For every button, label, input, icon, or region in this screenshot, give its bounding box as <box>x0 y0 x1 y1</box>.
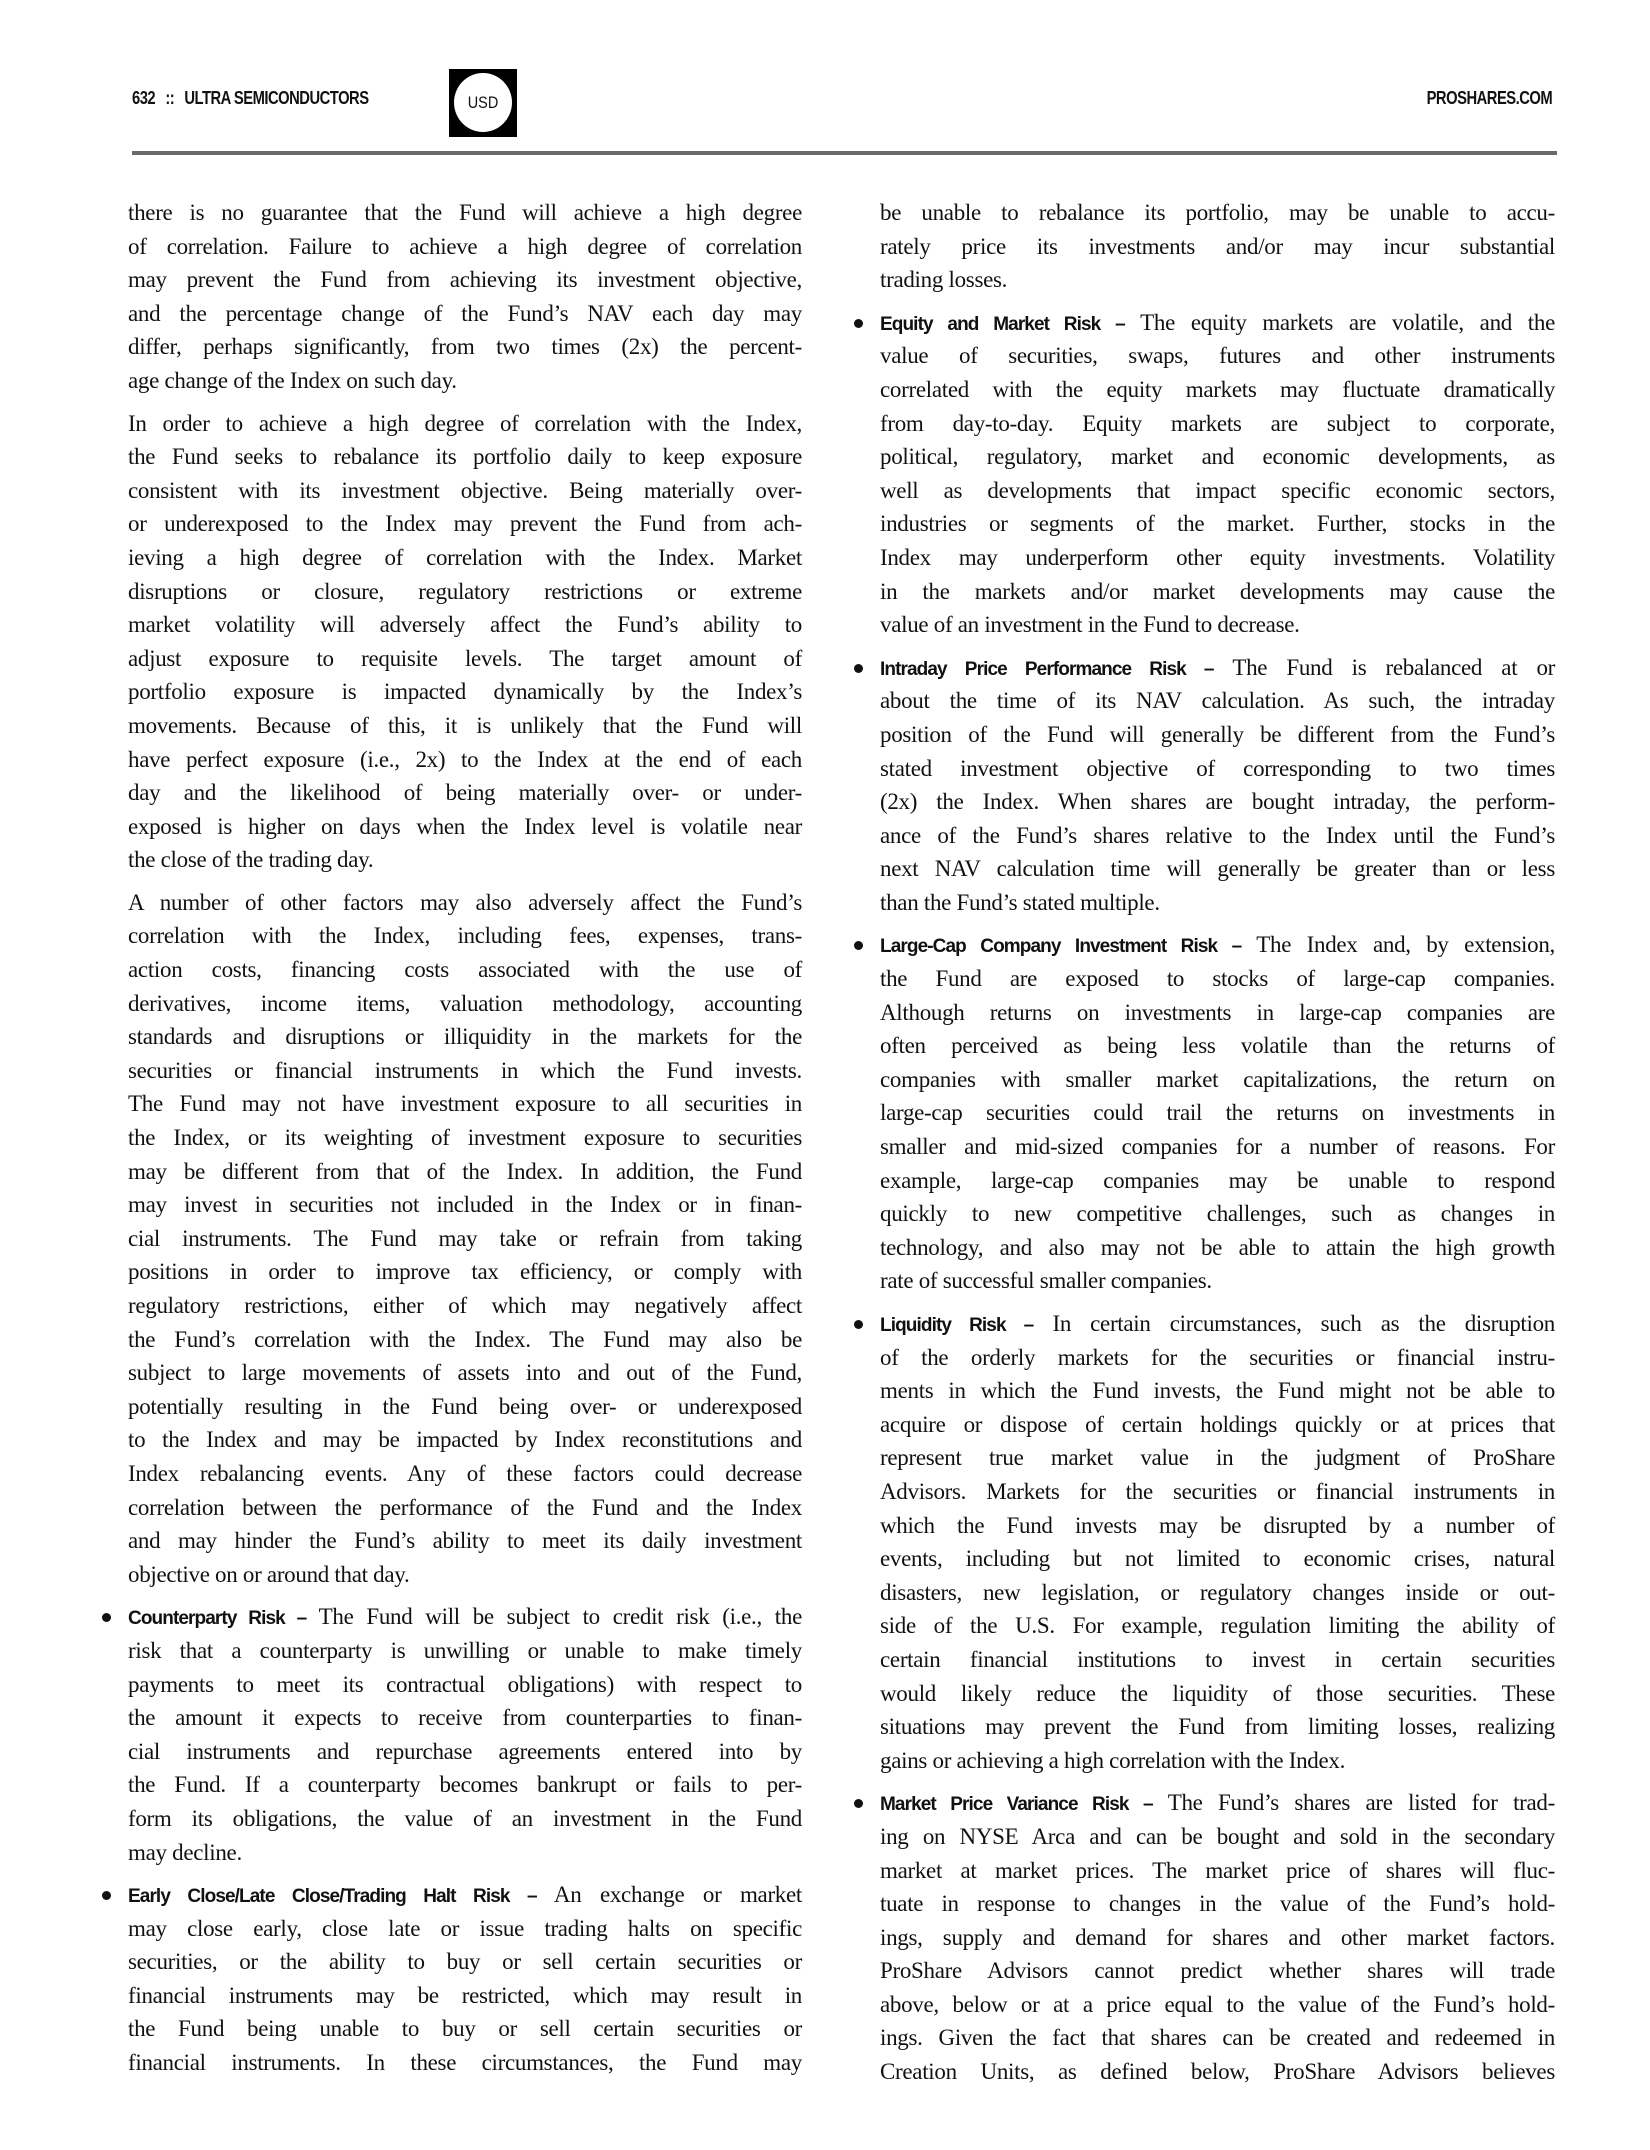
paragraph-line: adjust exposure to requisite levels. The… <box>128 642 802 676</box>
bullet-text-line: (2x) the Index. When shares are bought i… <box>880 785 1555 819</box>
paragraph-gap <box>880 919 1555 928</box>
paragraph-gap <box>880 642 1555 651</box>
paragraph-line: cial instruments. The Fund may take or r… <box>128 1222 802 1256</box>
risk-text: The equity markets are volatile, and the <box>1125 310 1555 335</box>
header-separator: :: <box>165 88 174 108</box>
paragraph-line: ieving a high degree of correlation with… <box>128 541 802 575</box>
bullet-text-line: from day-to-day. Equity markets are subj… <box>880 407 1555 441</box>
bullet-item-first-line: Liquidity Risk – In certain circumstance… <box>880 1307 1555 1341</box>
bullet-text-line: often perceived as being less volatile t… <box>880 1029 1555 1063</box>
bullet-text-line: the Fund being unable to buy or sell cer… <box>128 2012 802 2046</box>
bullet-text-line: Advisors. Markets for the securities or … <box>880 1475 1555 1509</box>
paragraph-line: the Fund’s correlation with the Index. T… <box>128 1323 802 1357</box>
bullet-text-line: which the Fund invests may be disrupted … <box>880 1509 1555 1543</box>
paragraph-line: disruptions or closure, regulatory restr… <box>128 575 802 609</box>
bullet-text-line: the Fund. If a counterparty becomes bank… <box>128 1768 802 1802</box>
bullet-text-line: political, regulatory, market and econom… <box>880 440 1555 474</box>
paragraph-gap <box>880 1777 1555 1786</box>
bullet-text-line: payments to meet its contractual obligat… <box>128 1668 802 1702</box>
bullet-text-line: gains or achieving a high correlation wi… <box>880 1744 1555 1778</box>
paragraph-line: exposed is higher on days when the Index… <box>128 810 802 844</box>
bullet-text-line: industries or segments of the market. Fu… <box>880 507 1555 541</box>
bullet-text-line: correlated with the equity markets may f… <box>880 373 1555 407</box>
bullet-text-line: tuate in response to changes in the valu… <box>880 1887 1555 1921</box>
paragraph-line: securities or financial instruments in w… <box>128 1054 802 1088</box>
paragraph-line: action costs, financing costs associated… <box>128 953 802 987</box>
bullet-text-line: market at market prices. The market pric… <box>880 1854 1555 1888</box>
risk-term: Liquidity Risk – <box>880 1315 1033 1336</box>
paragraph-line: to the Index and may be impacted by Inde… <box>128 1423 802 1457</box>
paragraph-line: derivatives, income items, valuation met… <box>128 987 802 1021</box>
bullet-text-line: ings, supply and demand for shares and o… <box>880 1921 1555 1955</box>
website-label: PROSHARES.COM <box>1426 88 1552 109</box>
risk-text: The Fund will be subject to credit risk … <box>306 1604 802 1629</box>
paragraph-line: regulatory restrictions, either of which… <box>128 1289 802 1323</box>
paragraph-gap <box>880 297 1555 306</box>
bullet-text-line: cial instruments and repurchase agreemen… <box>128 1735 802 1769</box>
paragraph-line: portfolio exposure is impacted dynamical… <box>128 675 802 709</box>
risk-text: The Fund’s shares are listed for trad- <box>1153 1790 1555 1815</box>
continuation-line: trading losses. <box>880 263 1555 297</box>
bullet-icon <box>854 319 863 328</box>
bullet-text-line: value of securities, swaps, futures and … <box>880 339 1555 373</box>
bullet-item-first-line: Large-Cap Company Investment Risk – The … <box>880 928 1555 962</box>
paragraph-line: The Fund may not have investment exposur… <box>128 1087 802 1121</box>
bullet-text-line: quickly to new competitive challenges, s… <box>880 1197 1555 1231</box>
bullet-text-line: ments in which the Fund invests, the Fun… <box>880 1374 1555 1408</box>
bullet-text-line: technology, and also may not be able to … <box>880 1231 1555 1265</box>
bullet-text-line: acquire or dispose of certain holdings q… <box>880 1408 1555 1442</box>
paragraph-line: and may hinder the Fund’s ability to mee… <box>128 1524 802 1558</box>
bullet-text-line: securities, or the ability to buy or sel… <box>128 1945 802 1979</box>
paragraph-line: consistent with its investment objective… <box>128 474 802 508</box>
bullet-text-line: situations may prevent the Fund from lim… <box>880 1710 1555 1744</box>
paragraph-line: differ, perhaps significantly, from two … <box>128 330 802 364</box>
bullet-text-line: next NAV calculation time will generally… <box>880 852 1555 886</box>
paragraph-line: market volatility will adversely affect … <box>128 608 802 642</box>
paragraph-line: or underexposed to the Index may prevent… <box>128 507 802 541</box>
bullet-text-line: disasters, new legislation, or regulator… <box>880 1576 1555 1610</box>
bullet-text-line: Creation Units, as defined below, ProSha… <box>880 2055 1555 2089</box>
bullet-item-first-line: Counterparty Risk – The Fund will be sub… <box>128 1600 802 1634</box>
bullet-text-line: well as developments that impact specifi… <box>880 474 1555 508</box>
bullet-text-line: ance of the Fund’s shares relative to th… <box>880 819 1555 853</box>
paragraph-line: correlation with the Index, including fe… <box>128 919 802 953</box>
bullet-text-line: financial instruments may be restricted,… <box>128 1979 802 2013</box>
page-header-left: 632 :: ULTRA SEMICONDUCTORS <box>132 88 369 109</box>
bullet-item-first-line: Early Close/Late Close/Trading Halt Risk… <box>128 1878 802 1912</box>
paragraph-line: may invest in securities not included in… <box>128 1188 802 1222</box>
bullet-text-line: smaller and mid-sized companies for a nu… <box>880 1130 1555 1164</box>
paragraph-gap <box>128 1591 802 1600</box>
bullet-text-line: large-cap securities could trail the ret… <box>880 1096 1555 1130</box>
right-column: be unable to rebalance its portfolio, ma… <box>880 196 1555 2089</box>
bullet-text-line: position of the Fund will generally be d… <box>880 718 1555 752</box>
paragraph-line: potentially resulting in the Fund being … <box>128 1390 802 1424</box>
bullet-text-line: form its obligations, the value of an in… <box>128 1802 802 1836</box>
paragraph-line: the Index, or its weighting of investmen… <box>128 1121 802 1155</box>
bullet-text-line: represent true market value in the judgm… <box>880 1441 1555 1475</box>
bullet-icon <box>854 1799 863 1808</box>
risk-term: Intraday Price Performance Risk – <box>880 659 1214 680</box>
bullet-icon <box>854 664 863 673</box>
risk-term: Early Close/Late Close/Trading Halt Risk… <box>128 1886 537 1907</box>
header-rule <box>132 151 1557 155</box>
ticker-badge: USD <box>454 69 512 137</box>
bullet-text-line: ing on NYSE Arca and can be bought and s… <box>880 1820 1555 1854</box>
bullet-text-line: events, including but not limited to eco… <box>880 1542 1555 1576</box>
bullet-icon <box>102 1613 111 1622</box>
paragraph-line: there is no guarantee that the Fund will… <box>128 196 802 230</box>
paragraph-line: positions in order to improve tax effici… <box>128 1255 802 1289</box>
bullet-icon <box>102 1891 111 1900</box>
bullet-item-first-line: Intraday Price Performance Risk – The Fu… <box>880 651 1555 685</box>
risk-text: An exchange or market <box>537 1882 802 1907</box>
paragraph-line: age change of the Index on such day. <box>128 364 802 398</box>
paragraph-line: and the percentage change of the Fund’s … <box>128 297 802 331</box>
paragraph-line: A number of other factors may also adver… <box>128 886 802 920</box>
paragraph-line: have perfect exposure (i.e., 2x) to the … <box>128 743 802 777</box>
paragraph-line: standards and disruptions or illiquidity… <box>128 1020 802 1054</box>
bullet-text-line: the Fund are exposed to stocks of large-… <box>880 962 1555 996</box>
bullet-text-line: in the markets and/or market development… <box>880 575 1555 609</box>
bullet-text-line: the amount it expects to receive from co… <box>128 1701 802 1735</box>
bullet-icon <box>854 1320 863 1329</box>
bullet-text-line: value of an investment in the Fund to de… <box>880 608 1555 642</box>
paragraph-line: subject to large movements of assets int… <box>128 1356 802 1390</box>
left-column: there is no guarantee that the Fund will… <box>128 196 802 2080</box>
bullet-text-line: example, large-cap companies may be unab… <box>880 1164 1555 1198</box>
paragraph-line: the Fund seeks to rebalance its portfoli… <box>128 440 802 474</box>
paragraph-gap <box>128 398 802 407</box>
risk-text: The Index and, by extension, <box>1241 932 1555 957</box>
bullet-text-line: companies with smaller market capitaliza… <box>880 1063 1555 1097</box>
bullet-text-line: above, below or at a price equal to the … <box>880 1988 1555 2022</box>
bullet-text-line: would likely reduce the liquidity of tho… <box>880 1677 1555 1711</box>
bullet-text-line: may close early, close late or issue tra… <box>128 1912 802 1946</box>
bullet-text-line: may decline. <box>128 1836 802 1870</box>
paragraph-line: Index rebalancing events. Any of these f… <box>128 1457 802 1491</box>
paragraph-line: day and the likelihood of being material… <box>128 776 802 810</box>
paragraph-line: may be different from that of the Index.… <box>128 1155 802 1189</box>
bullet-text-line: side of the U.S. For example, regulation… <box>880 1609 1555 1643</box>
risk-term: Counterparty Risk – <box>128 1608 306 1629</box>
risk-text: In certain circumstances, such as the di… <box>1033 1311 1555 1336</box>
bullet-text-line: ings. Given the fact that shares can be … <box>880 2021 1555 2055</box>
continuation-line: be unable to rebalance its portfolio, ma… <box>880 196 1555 230</box>
bullet-text-line: stated investment objective of correspon… <box>880 752 1555 786</box>
risk-term: Market Price Variance Risk – <box>880 1794 1153 1815</box>
continuation-line: rately price its investments and/or may … <box>880 230 1555 264</box>
paragraph-line: objective on or around that day. <box>128 1558 802 1592</box>
bullet-text-line: ProShare Advisors cannot predict whether… <box>880 1954 1555 1988</box>
bullet-text-line: about the time of its NAV calculation. A… <box>880 684 1555 718</box>
bullet-item-first-line: Equity and Market Risk – The equity mark… <box>880 306 1555 340</box>
bullet-text-line: than the Fund’s stated multiple. <box>880 886 1555 920</box>
risk-term: Equity and Market Risk – <box>880 314 1125 335</box>
paragraph-line: movements. Because of this, it is unlike… <box>128 709 802 743</box>
paragraph-line: correlation between the performance of t… <box>128 1491 802 1525</box>
bullet-text-line: rate of successful smaller companies. <box>880 1264 1555 1298</box>
paragraph-gap <box>880 1298 1555 1307</box>
paragraph-line: In order to achieve a high degree of cor… <box>128 407 802 441</box>
paragraph-gap <box>128 1869 802 1878</box>
bullet-text-line: of the orderly markets for the securitie… <box>880 1341 1555 1375</box>
bullet-text-line: Although returns on investments in large… <box>880 996 1555 1030</box>
bullet-item-first-line: Market Price Variance Risk – The Fund’s … <box>880 1786 1555 1820</box>
page-number: 632 <box>132 88 155 108</box>
paragraph-gap <box>128 877 802 886</box>
fund-name: ULTRA SEMICONDUCTORS <box>184 88 368 108</box>
bullet-text-line: financial instruments. In these circumst… <box>128 2046 802 2080</box>
bullet-icon <box>854 941 863 950</box>
bullet-text-line: Index may underperform other equity inve… <box>880 541 1555 575</box>
bullet-text-line: risk that a counterparty is unwilling or… <box>128 1634 802 1668</box>
risk-text: The Fund is rebalanced at or <box>1214 655 1555 680</box>
paragraph-line: the close of the trading day. <box>128 843 802 877</box>
paragraph-line: may prevent the Fund from achieving its … <box>128 263 802 297</box>
paragraph-line: of correlation. Failure to achieve a hig… <box>128 230 802 264</box>
bullet-text-line: certain financial institutions to invest… <box>880 1643 1555 1677</box>
risk-term: Large-Cap Company Investment Risk – <box>880 936 1241 957</box>
